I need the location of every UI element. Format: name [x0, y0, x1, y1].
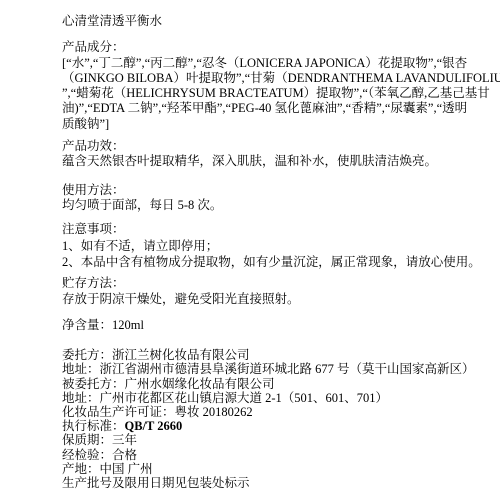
info-value: 浙江省湖州市德清县阜溪街道环城北路 677 号（莫干山国家高新区） — [100, 362, 475, 376]
efficacy-text: 蕴含天然银杏叶提取精华，深入肌肤，温和补水，使肌肤清洁焕亮。 — [62, 154, 452, 169]
usage-label: 使用方法： — [62, 183, 452, 198]
info-row-origin: 产地：中国 广州 — [62, 462, 452, 476]
info-label: 被委托方： — [62, 377, 125, 391]
info-value: 三年 — [112, 433, 137, 447]
ingredients-line: [“水”,“丁二醇”,“丙二醇”,“忍冬（LONICERA JAPONICA）花… — [62, 56, 452, 71]
product-title: 心清堂清透平衡水 — [62, 14, 452, 29]
section-precautions: 注意事项： 1、如有不适，请立即停用； 2、本品中含有植物成分提取物，如有少量沉… — [62, 222, 452, 270]
info-value: 粤妆 20180262 — [175, 405, 253, 419]
precaution-item: 2、本品中含有植物成分提取物，如有少量沉淀，属正常现象，请放心使用。 — [62, 254, 452, 270]
section-storage: 贮存方法： 存放于阴凉干燥处，避免受阳光直接照射。 — [62, 276, 452, 307]
info-label: 经检验： — [62, 448, 112, 462]
info-row-manufacturer: 被委托方：广州水姻缘化妆品有限公司 — [62, 377, 452, 391]
storage-text: 存放于阴凉干燥处，避免受阳光直接照射。 — [62, 292, 452, 307]
info-value: 浙江兰树化妆品有限公司 — [112, 348, 250, 362]
info-row-manufacturer-address: 地址：广州市花都区花山镇启源大道 2-1（501、601、701） — [62, 391, 452, 405]
info-label: 保质期： — [62, 433, 112, 447]
ingredients-label: 产品成分： — [62, 40, 452, 55]
info-label: 产地： — [62, 462, 100, 476]
info-row-entruster-address: 地址：浙江省湖州市德清县阜溪街道环城北路 677 号（莫干山国家高新区） — [62, 362, 452, 376]
info-row-shelf-life: 保质期：三年 — [62, 433, 452, 447]
storage-label: 贮存方法： — [62, 276, 452, 291]
ingredients-line: 油)”,“EDTA 二钠”,“羟苯甲酯”,“PEG-40 氢化蓖麻油”,“香精”… — [62, 101, 452, 116]
section-ingredients: 产品成分： [“水”,“丁二醇”,“丙二醇”,“忍冬（LONICERA JAPO… — [62, 40, 452, 132]
info-row-standard: 执行标准：QB/T 2660 — [62, 419, 452, 433]
info-label: 执行标准： — [62, 419, 125, 433]
ingredients-line: 质酸钠”] — [62, 117, 452, 132]
precautions-label: 注意事项： — [62, 222, 452, 237]
net-content-row: 净含量：120ml — [62, 318, 452, 333]
usage-text: 均匀喷于面部，每日 5-8 次。 — [62, 198, 452, 213]
info-row-batch-note: 生产批号及限用日期见包装处标示 — [62, 476, 452, 490]
info-value: 广州市花都区花山镇启源大道 2-1（501、601、701） — [100, 391, 389, 405]
section-usage: 使用方法： 均匀喷于面部，每日 5-8 次。 — [62, 183, 452, 214]
net-content-value: 120ml — [112, 318, 144, 332]
info-row-inspection: 经检验：合格 — [62, 448, 452, 462]
ingredients-line: （GINKGO BILOBA）叶提取物”,“甘菊（DENDRANTHEMA LA… — [62, 71, 452, 86]
ingredients-line: ”,“蜡菊花（HELICHRYSUM BRACTEATUM）提取物”,“（苯氧乙… — [62, 86, 452, 101]
info-value: QB/T 2660 — [125, 419, 183, 433]
manufacturer-info-block: 委托方：浙江兰树化妆品有限公司 地址：浙江省湖州市德清县阜溪街道环城北路 677… — [62, 348, 452, 490]
section-efficacy: 产品功效： 蕴含天然银杏叶提取精华，深入肌肤，温和补水，使肌肤清洁焕亮。 — [62, 139, 452, 170]
info-label: 地址： — [62, 362, 100, 376]
info-row-entruster: 委托方：浙江兰树化妆品有限公司 — [62, 348, 452, 362]
info-label: 委托方： — [62, 348, 112, 362]
net-content-label: 净含量： — [62, 318, 112, 332]
info-value: 中国 广州 — [100, 462, 153, 476]
efficacy-label: 产品功效： — [62, 139, 452, 154]
info-label: 化妆品生产许可证： — [62, 405, 175, 419]
info-label: 生产批号及限用日期见包装处标示 — [62, 476, 250, 490]
info-row-production-license: 化妆品生产许可证：粤妆 20180262 — [62, 405, 452, 419]
precaution-item: 1、如有不适，请立即停用； — [62, 238, 452, 254]
info-label: 地址： — [62, 391, 100, 405]
info-value: 广州水姻缘化妆品有限公司 — [125, 377, 275, 391]
product-label-document: 心清堂清透平衡水 产品成分： [“水”,“丁二醇”,“丙二醇”,“忍冬（LONI… — [0, 0, 500, 490]
info-value: 合格 — [112, 448, 137, 462]
